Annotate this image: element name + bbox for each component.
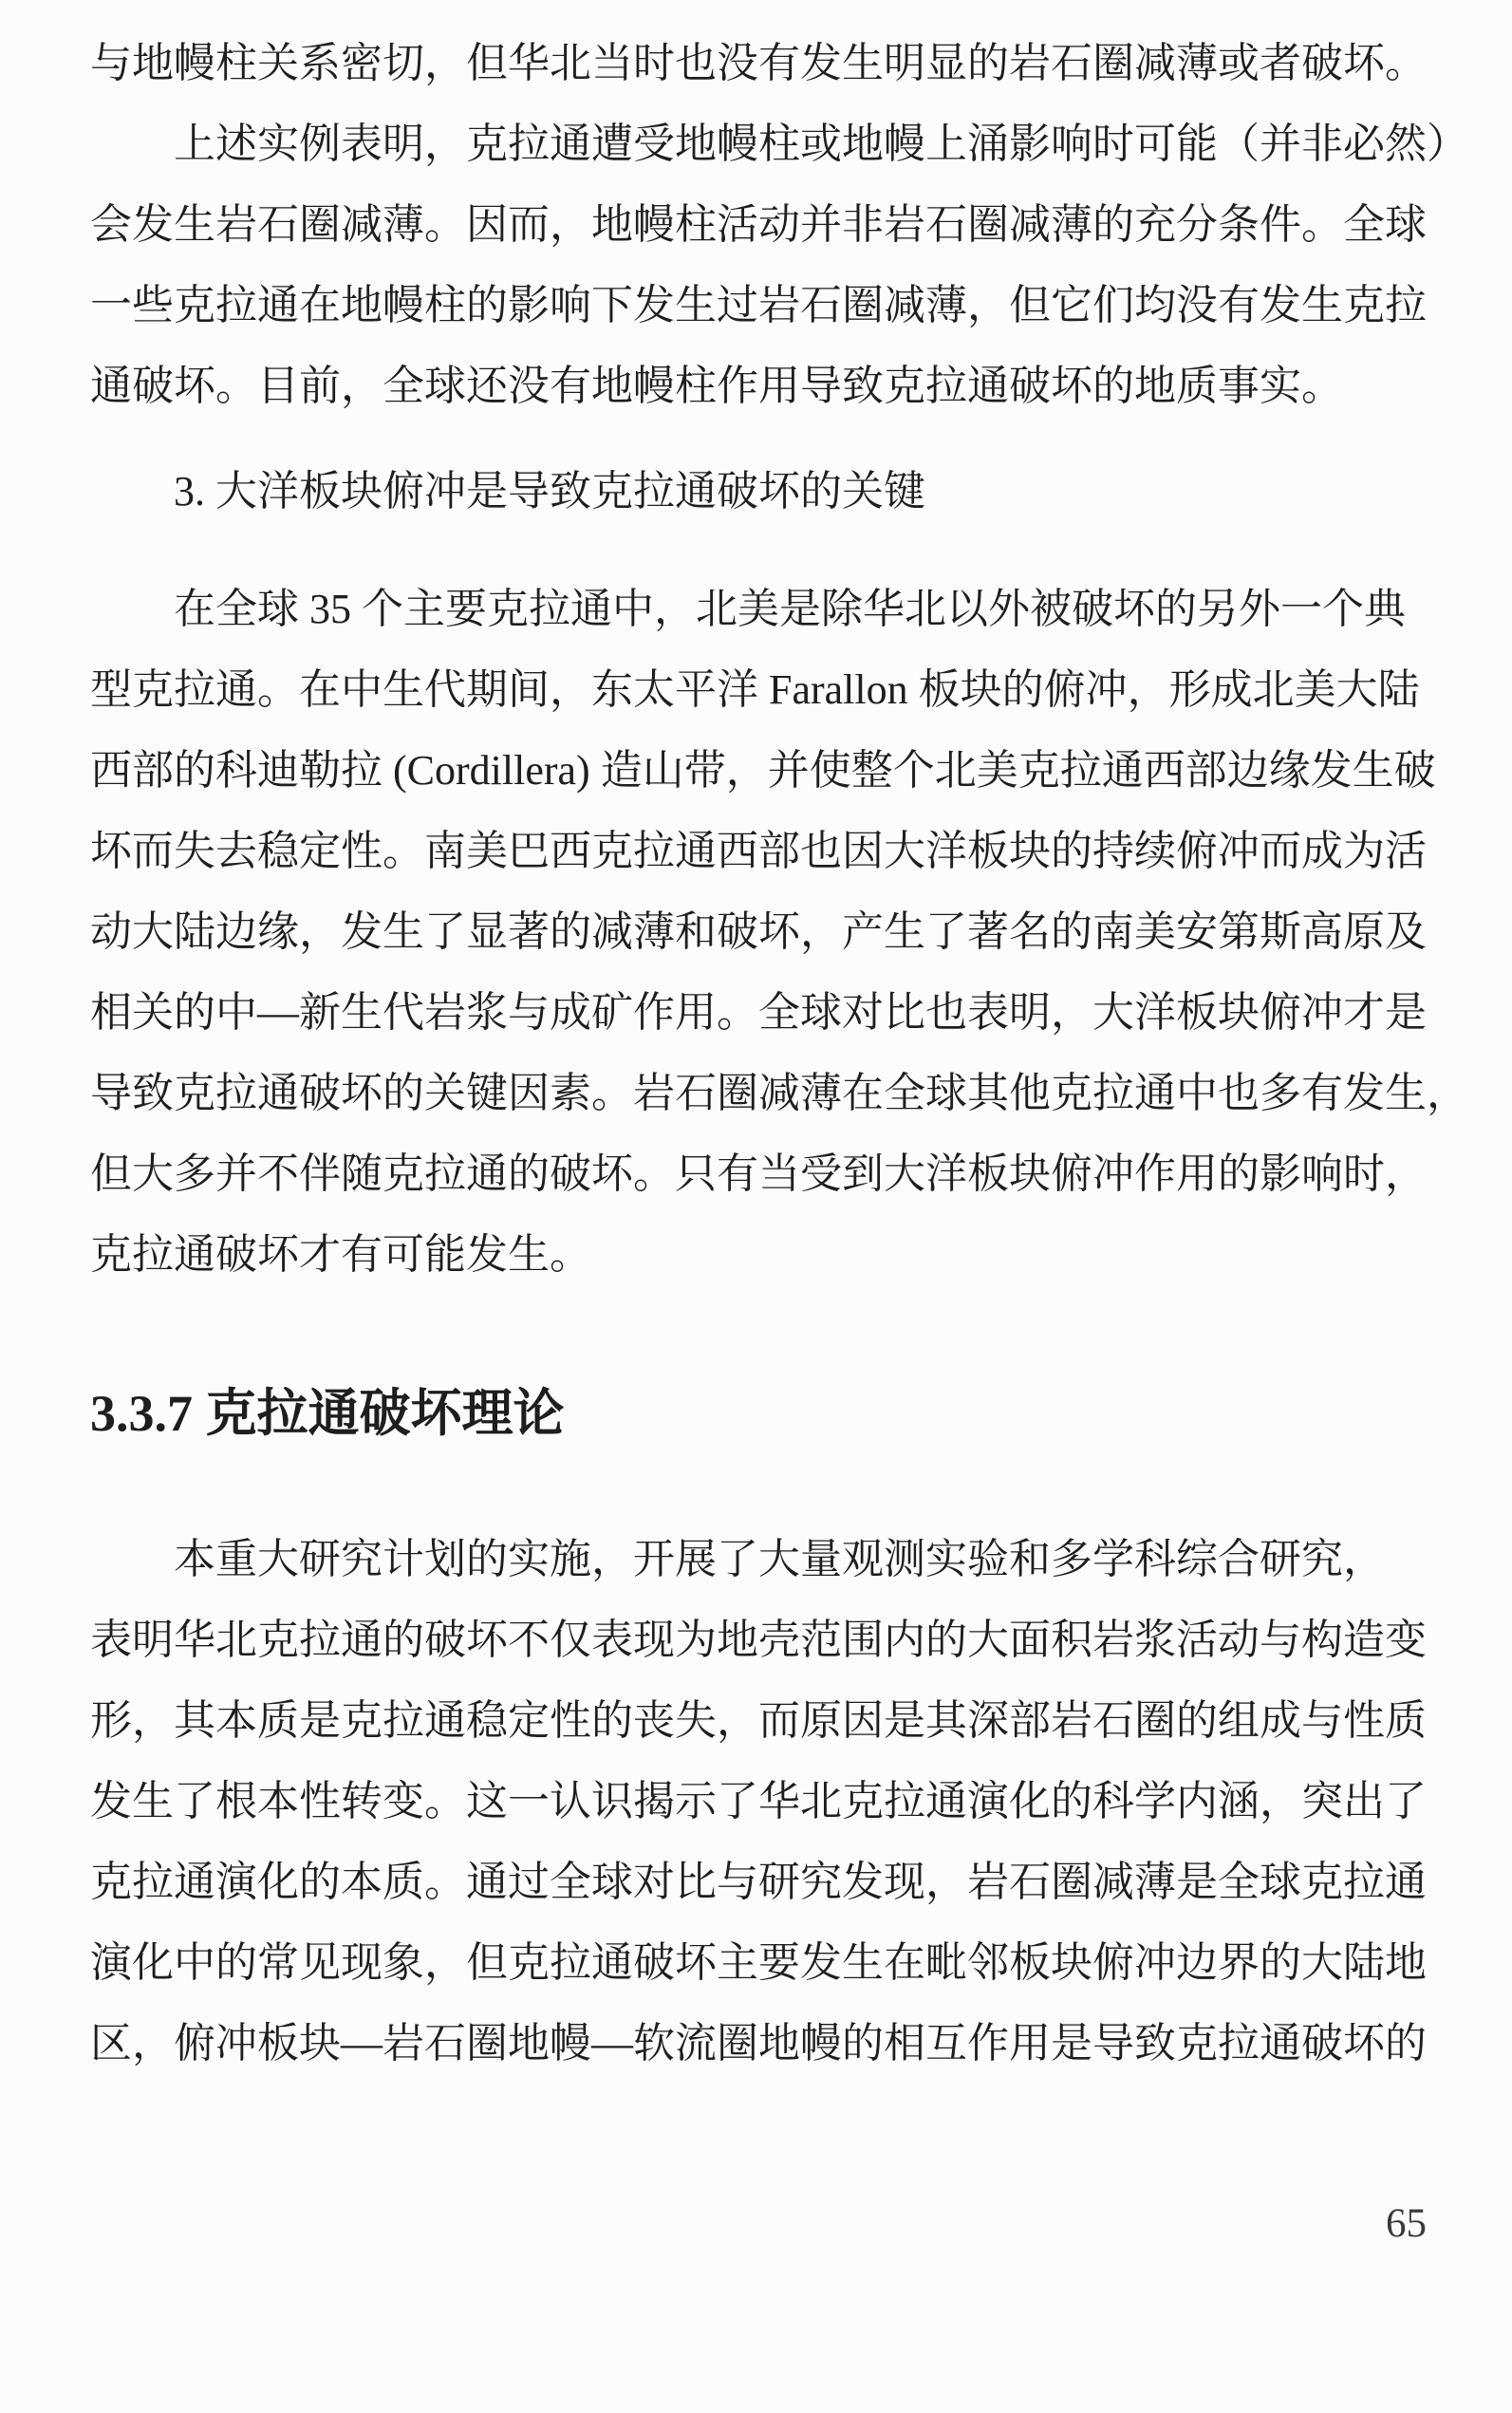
text-line: 克拉通演化的本质。通过全球对比与研究发现，岩石圈减薄是全球克拉通 <box>90 1842 1427 1922</box>
paragraph-global-cratons: 在全球 35 个主要克拉通中，北美是除华北以外被破坏的另外一个典 型克拉通。在中… <box>90 569 1427 1295</box>
text-line: 型克拉通。在中生代期间，东太平洋 Farallon 板块的俯冲，形成北美大陆 <box>90 649 1427 730</box>
text-line: 但大多并不伴随克拉通的破坏。只有当受到大洋板块俯冲作用的影响时， <box>90 1133 1427 1214</box>
text-line: 克拉通破坏才有可能发生。 <box>90 1214 1427 1295</box>
text-line: 坏而失去稳定性。南美巴西克拉通西部也因大洋板块的持续俯冲而成为活 <box>90 811 1427 891</box>
paragraph-research-program: 本重大研究计划的实施，开展了大量观测实验和多学科综合研究， 表明华北克拉通的破坏… <box>90 1519 1427 2084</box>
text-line: 本重大研究计划的实施，开展了大量观测实验和多学科综合研究， <box>90 1519 1427 1599</box>
text-line: 演化中的常见现象，但克拉通破坏主要发生在毗邻板块俯冲边界的大陆地 <box>90 1922 1427 2003</box>
text-line: 一些克拉通在地幔柱的影响下发生过岩石圈减薄，但它们均没有发生克拉 <box>90 265 1427 346</box>
text-line: 区，俯冲板块—岩石圈地幔—软流圈地幔的相互作用是导致克拉通破坏的 <box>90 2003 1427 2084</box>
subheading-ocean-subduction: 3. 大洋板块俯冲是导致克拉通破坏的关键 <box>90 451 1427 532</box>
text-line: 上述实例表明，克拉通遭受地幔柱或地幔上涌影响时可能（并非必然） <box>90 103 1427 184</box>
text-line: 在全球 35 个主要克拉通中，北美是除华北以外被破坏的另外一个典 <box>90 569 1427 649</box>
paragraph-continuation: 与地幔柱关系密切，但华北当时也没有发生明显的岩石圈减薄或者破坏。 <box>90 23 1427 103</box>
document-page: 与地幔柱关系密切，但华北当时也没有发生明显的岩石圈减薄或者破坏。 上述实例表明，… <box>0 0 1512 2413</box>
section-heading-craton-destruction-theory: 3.3.7 克拉通破坏理论 <box>90 1369 1427 1459</box>
text-block: 与地幔柱关系密切，但华北当时也没有发生明显的岩石圈减薄或者破坏。 上述实例表明，… <box>90 23 1427 2248</box>
text-line: 发生了根本性转变。这一认识揭示了华北克拉通演化的科学内涵，突出了 <box>90 1761 1427 1842</box>
text-line: 会发生岩石圈减薄。因而，地幔柱活动并非岩石圈减薄的充分条件。全球 <box>90 184 1427 265</box>
text-line: 相关的中—新生代岩浆与成矿作用。全球对比也表明，大洋板块俯冲才是 <box>90 972 1427 1053</box>
text-line: 与地幔柱关系密切，但华北当时也没有发生明显的岩石圈减薄或者破坏。 <box>90 23 1427 103</box>
text-line: 表明华北克拉通的破坏不仅表现为地壳范围内的大面积岩浆活动与构造变 <box>90 1599 1427 1680</box>
text-line: 动大陆边缘，发生了显著的减薄和破坏，产生了著名的南美安第斯高原及 <box>90 891 1427 972</box>
text-line: 导致克拉通破坏的关键因素。岩石圈减薄在全球其他克拉通中也多有发生， <box>90 1053 1427 1133</box>
text-line: 形，其本质是克拉通稳定性的丧失，而原因是其深部岩石圈的组成与性质 <box>90 1680 1427 1761</box>
paragraph-mantle-plume: 上述实例表明，克拉通遭受地幔柱或地幔上涌影响时可能（并非必然） 会发生岩石圈减薄… <box>90 103 1427 426</box>
text-line: 西部的科迪勒拉 (Cordillera) 造山带，并使整个北美克拉通西部边缘发生… <box>90 730 1427 811</box>
page-number: 65 <box>90 2200 1427 2248</box>
text-line: 通破坏。目前，全球还没有地幔柱作用导致克拉通破坏的地质事实。 <box>90 346 1427 426</box>
